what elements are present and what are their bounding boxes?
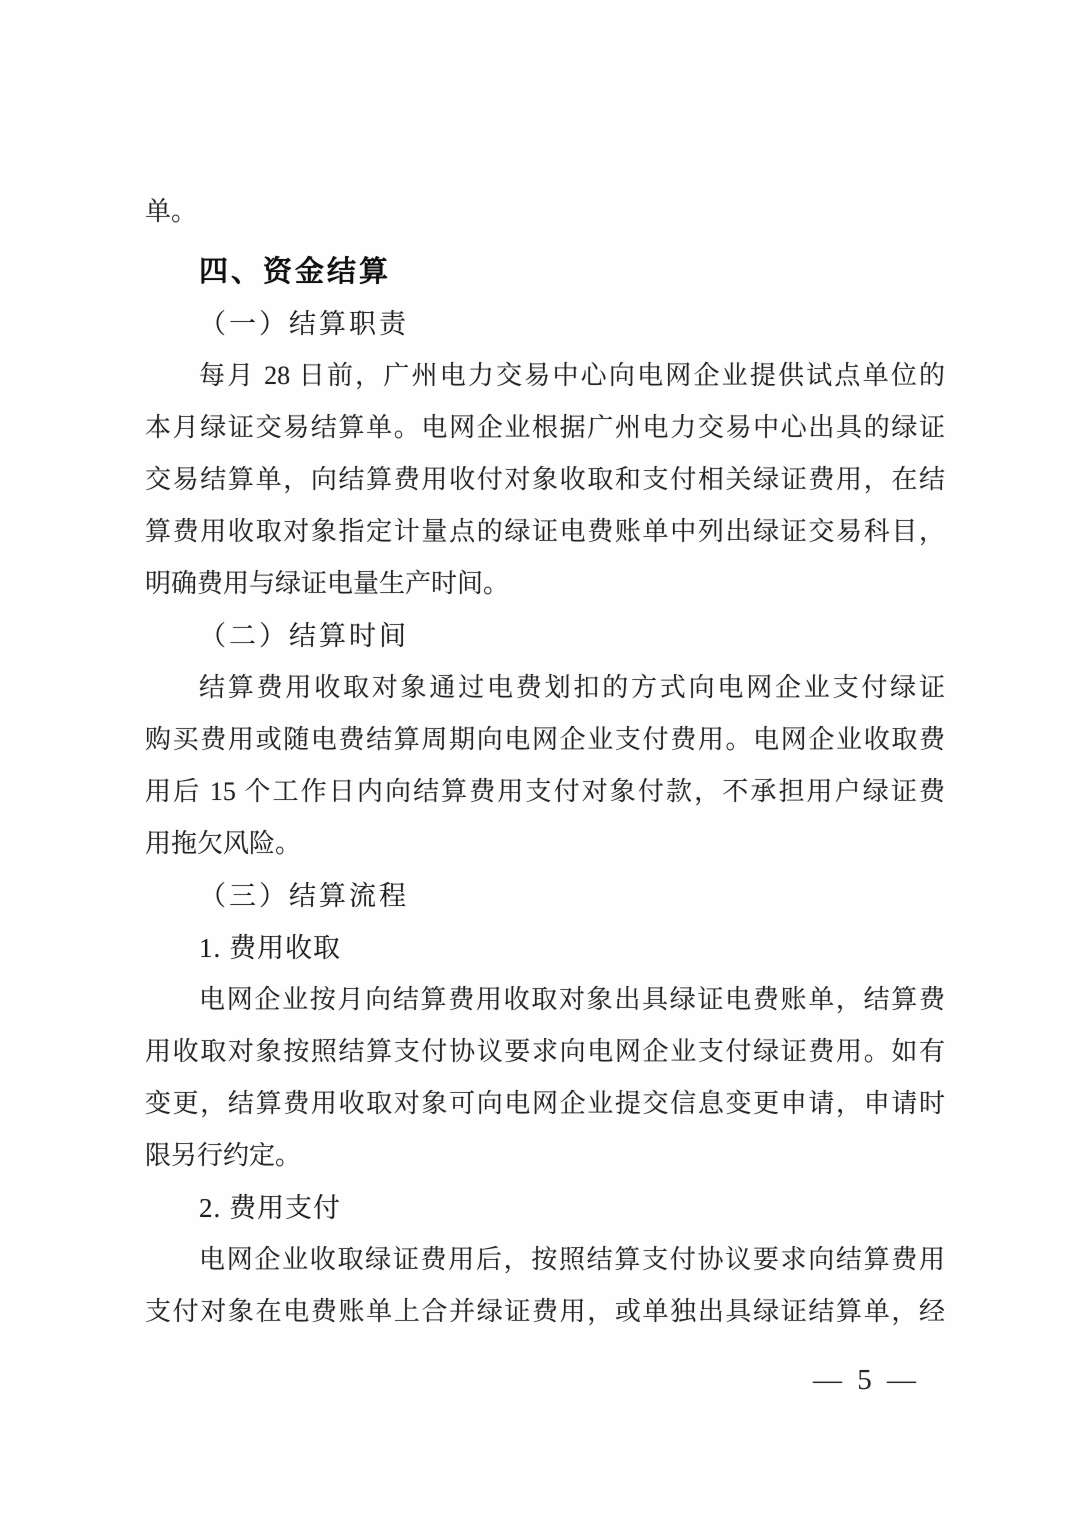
paragraph-line: 电网企业收取绿证费用后，按照结算支付协议要求向结算费用 [145, 1234, 945, 1286]
paragraph-line: 明确费用与绿证电量生产时间。 [145, 558, 945, 610]
paragraph-line: 交易结算单，向结算费用收付对象收取和支付相关绿证费用，在结 [145, 454, 945, 506]
paragraph-line: 算费用收取对象指定计量点的绿证电费账单中列出绿证交易科目， [145, 506, 945, 558]
page-number: — 5 — [0, 1358, 1080, 1402]
paragraph: 结算费用收取对象通过电费划扣的方式向电网企业支付绿证购买费用或随电费结算周期向电… [145, 662, 945, 870]
subsection-heading: （三）结算流程 [145, 870, 945, 922]
paragraph-line: 购买费用或随电费结算周期向电网企业支付费用。电网企业收取费 [145, 714, 945, 766]
numbered-heading: 2. 费用支付 [145, 1182, 945, 1234]
section-heading: 四、资金结算 [145, 246, 945, 298]
paragraph-line: 本月绿证交易结算单。电网企业根据广州电力交易中心出具的绿证 [145, 402, 945, 454]
paragraph-line: 限另行约定。 [145, 1130, 945, 1182]
subsection-heading: （二）结算时间 [145, 610, 945, 662]
document-content: 单。四、资金结算（一）结算职责每月 28 日前，广州电力交易中心向电网企业提供试… [145, 186, 945, 1338]
paragraph-line: 结算费用收取对象通过电费划扣的方式向电网企业支付绿证 [145, 662, 945, 714]
paragraph: 电网企业收取绿证费用后，按照结算支付协议要求向结算费用支付对象在电费账单上合并绿… [145, 1234, 945, 1338]
paragraph-line: 每月 28 日前，广州电力交易中心向电网企业提供试点单位的 [145, 350, 945, 402]
paragraph: 电网企业按月向结算费用收取对象出具绿证电费账单，结算费用收取对象按照结算支付协议… [145, 974, 945, 1182]
paragraph-line: 支付对象在电费账单上合并绿证费用，或单独出具绿证结算单，经 [145, 1286, 945, 1338]
document-page: 单。四、资金结算（一）结算职责每月 28 日前，广州电力交易中心向电网企业提供试… [0, 0, 1080, 1527]
paragraph-line: 变更，结算费用收取对象可向电网企业提交信息变更申请，申请时 [145, 1078, 945, 1130]
subsection-heading: （一）结算职责 [145, 298, 945, 350]
paragraph: 每月 28 日前，广州电力交易中心向电网企业提供试点单位的本月绿证交易结算单。电… [145, 350, 945, 610]
paragraph-line: 用后 15 个工作日内向结算费用支付对象付款，不承担用户绿证费 [145, 766, 945, 818]
continuation-line: 单。 [145, 186, 945, 238]
paragraph-line: 电网企业按月向结算费用收取对象出具绿证电费账单，结算费 [145, 974, 945, 1026]
numbered-heading: 1. 费用收取 [145, 922, 945, 974]
paragraph-line: 用收取对象按照结算支付协议要求向电网企业支付绿证费用。如有 [145, 1026, 945, 1078]
paragraph-line: 用拖欠风险。 [145, 818, 945, 870]
